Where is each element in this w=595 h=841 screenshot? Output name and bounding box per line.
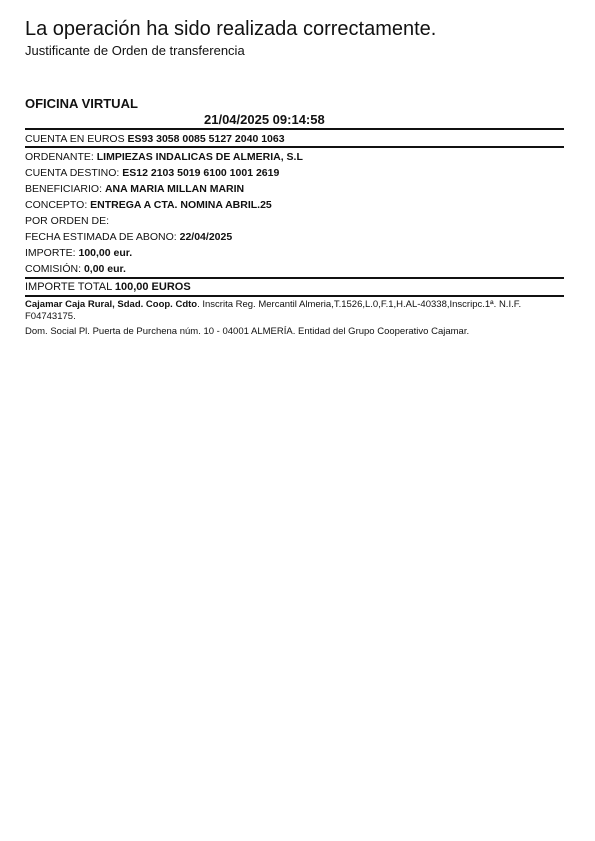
- field-label: IMPORTE:: [25, 247, 76, 259]
- footer-legal: Cajamar Caja Rural, Sdad. Coop. Cdto. In…: [25, 299, 570, 322]
- field-value: ENTREGA A CTA. NOMINA ABRIL.25: [90, 199, 272, 211]
- entity-name: Cajamar Caja Rural, Sdad. Coop. Cdto: [25, 299, 197, 310]
- field-label: COMISIÓN:: [25, 263, 81, 275]
- field-value: LIMPIEZAS INDALICAS DE ALMERIA, S.L: [97, 151, 303, 163]
- field-label: BENEFICIARIO:: [25, 183, 102, 195]
- field-row-concepto: CONCEPTO: ENTREGA A CTA. NOMINA ABRIL.25: [25, 199, 272, 212]
- divider: [25, 295, 564, 297]
- divider: [25, 277, 564, 279]
- account-value: ES93 3058 0085 5127 2040 1063: [128, 133, 285, 145]
- field-value: ES12 2103 5019 6100 1001 2619: [122, 167, 279, 179]
- account-row: CUENTA EN EUROS ES93 3058 0085 5127 2040…: [25, 133, 285, 146]
- divider: [25, 146, 564, 148]
- field-row-por-orden-de: POR ORDEN DE:: [25, 215, 109, 228]
- operation-datetime: 21/04/2025 09:14:58: [204, 112, 325, 128]
- page-subtitle: Justificante de Orden de transferencia: [25, 43, 245, 59]
- field-value: 0,00 eur.: [84, 263, 126, 275]
- field-label: FECHA ESTIMADA DE ABONO:: [25, 231, 177, 243]
- field-value: ANA MARIA MILLAN MARIN: [105, 183, 244, 195]
- total-row: IMPORTE TOTAL 100,00 EUROS: [25, 281, 191, 294]
- total-label: IMPORTE TOTAL: [25, 281, 112, 293]
- total-value: 100,00 EUROS: [115, 281, 191, 293]
- field-row-fecha-abono: FECHA ESTIMADA DE ABONO: 22/04/2025: [25, 231, 232, 244]
- page-title: La operación ha sido realizada correctam…: [25, 17, 436, 41]
- divider: [25, 128, 564, 130]
- field-row-beneficiario: BENEFICIARIO: ANA MARIA MILLAN MARIN: [25, 183, 244, 196]
- field-row-ordenante: ORDENANTE: LIMPIEZAS INDALICAS DE ALMERI…: [25, 151, 303, 164]
- field-label: CONCEPTO:: [25, 199, 87, 211]
- field-label: ORDENANTE:: [25, 151, 94, 163]
- field-value: 22/04/2025: [180, 231, 233, 243]
- field-row-comision: COMISIÓN: 0,00 eur.: [25, 263, 126, 276]
- footer-address: Dom. Social Pl. Puerta de Purchena núm. …: [25, 326, 570, 338]
- office-heading: OFICINA VIRTUAL: [25, 96, 138, 112]
- field-label: CUENTA DESTINO:: [25, 167, 119, 179]
- field-row-cuenta-destino: CUENTA DESTINO: ES12 2103 5019 6100 1001…: [25, 167, 279, 180]
- field-label: POR ORDEN DE:: [25, 215, 109, 227]
- field-value: 100,00 eur.: [78, 247, 132, 259]
- account-label: CUENTA EN EUROS: [25, 133, 125, 145]
- field-row-importe: IMPORTE: 100,00 eur.: [25, 247, 132, 260]
